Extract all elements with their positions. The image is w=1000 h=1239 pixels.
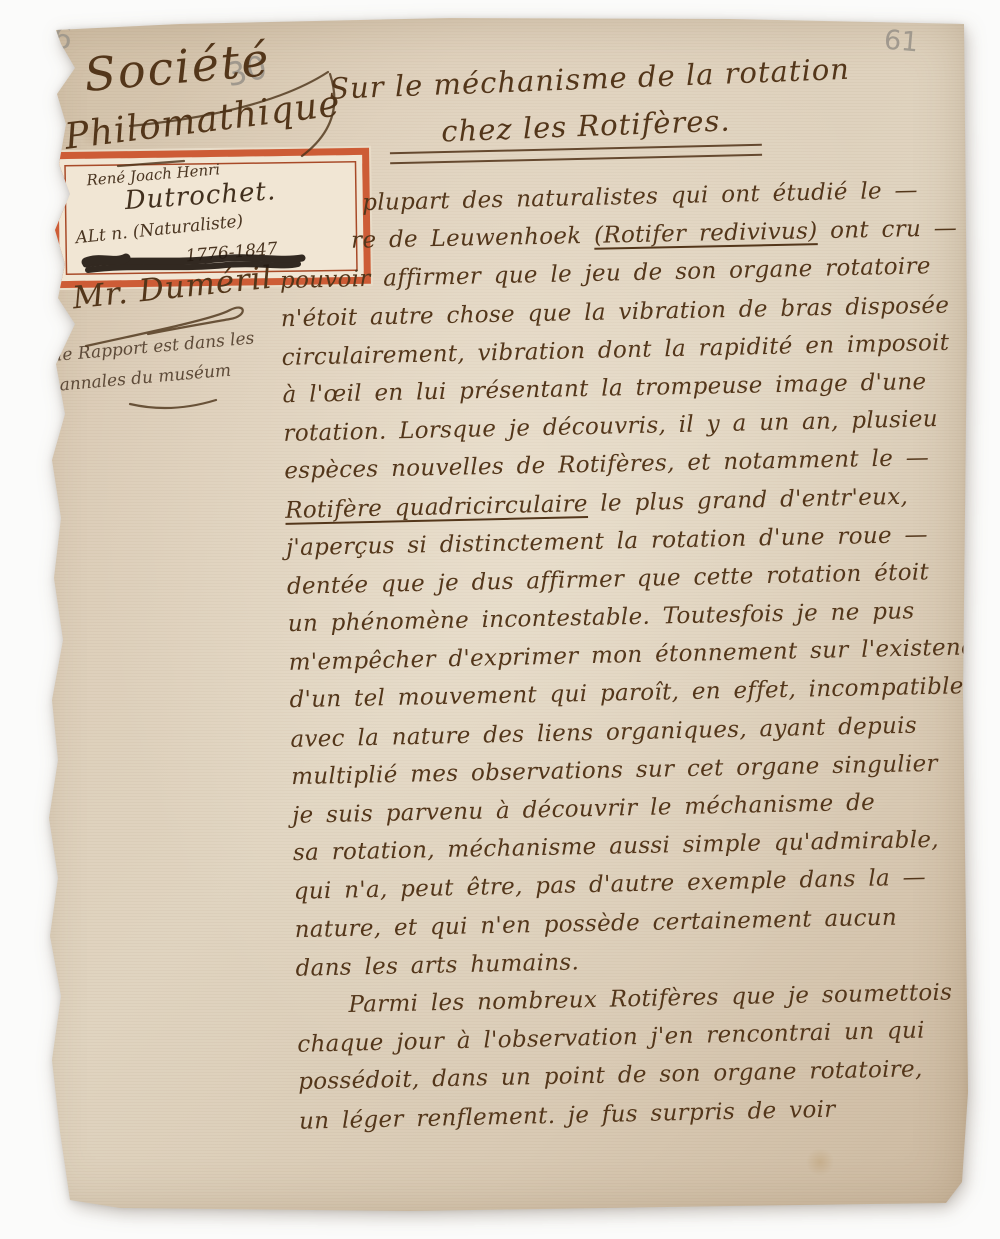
society-name-line1: Société: [82, 32, 273, 102]
manuscript-title: Sur le méchanisme de la rotation chez le…: [328, 46, 841, 160]
manuscript-photo: 36 30 61 Société Philomathique Sur le mé…: [30, 12, 970, 1217]
note-underline: [130, 400, 216, 408]
manuscript-body: plupart des naturalistes qui ont étudié …: [278, 176, 999, 1146]
label-description: ALt n. (Naturaliste): [75, 211, 245, 248]
pencil-folio-top-left: 36: [32, 18, 75, 58]
pencil-folio-top-right: 61: [883, 25, 920, 59]
margin-note: le Rapport est dans les annales du muséu…: [56, 323, 258, 400]
manuscript-sheet: 36 30 61 Société Philomathique Sur le mé…: [30, 12, 970, 1217]
